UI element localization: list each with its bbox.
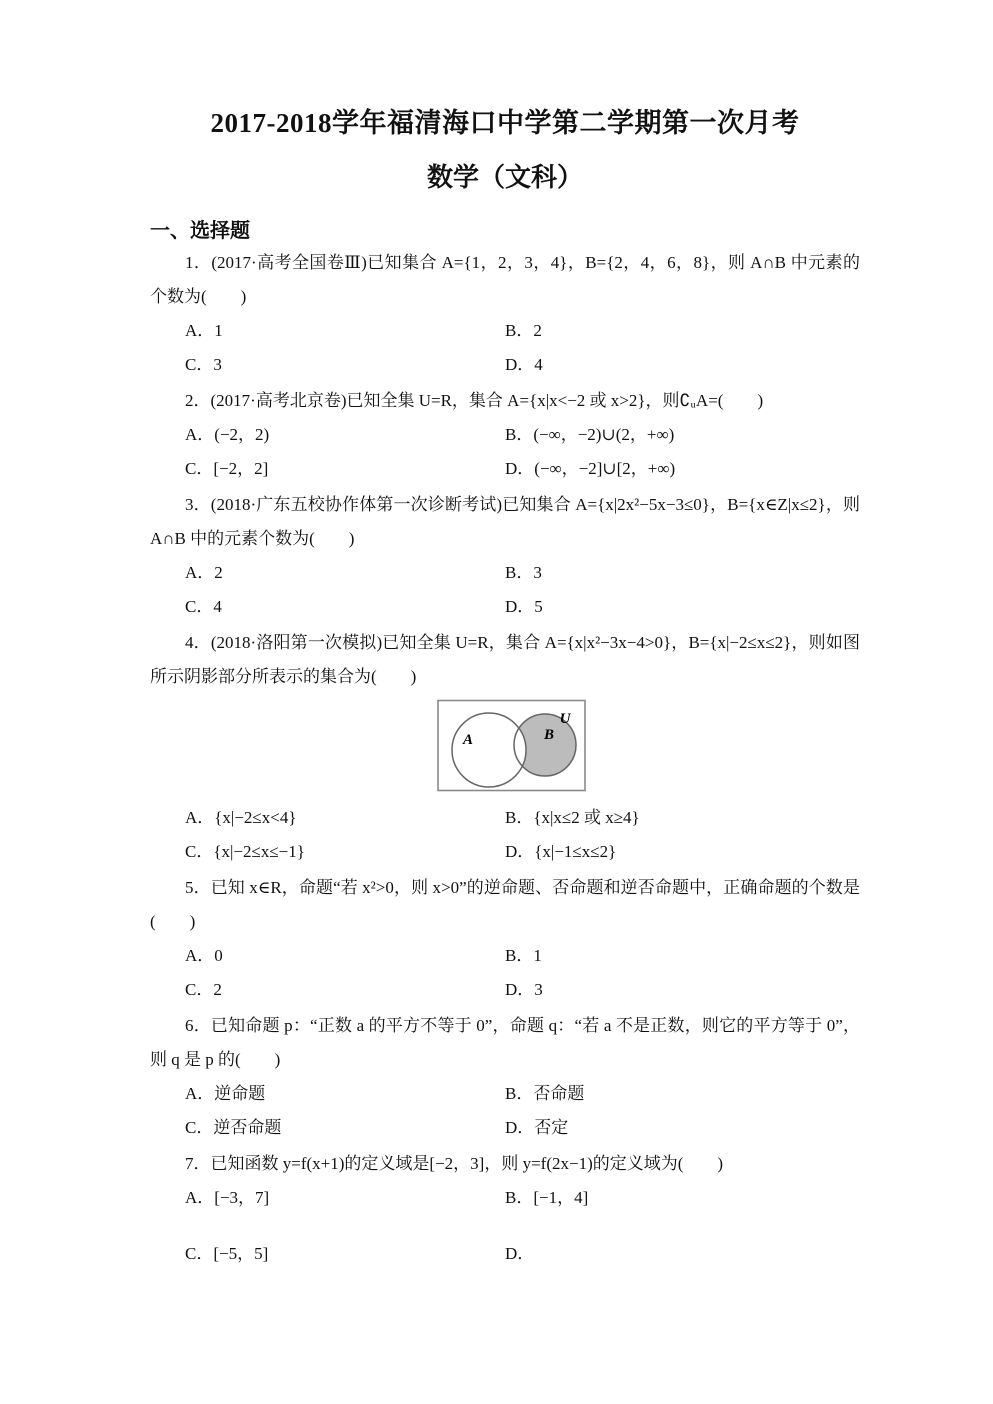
venn-label-universe-u: U: [560, 711, 572, 727]
venn-diagram: U A B: [437, 699, 587, 793]
question-7-option-b: B．[−1，4]: [505, 1181, 860, 1215]
question-7: 7．已知函数 y=f(x+1)的定义域是[−2，3]，则 y=f(2x−1)的定…: [150, 1147, 860, 1271]
question-6: 6．已知命题 p：“正数 a 的平方不等于 0”，命题 q：“若 a 不是正数，…: [150, 1009, 860, 1145]
question-2-options: A．(−2，2) B．(−∞，−2)∪(2，+∞) C．[−2，2] D．(−∞…: [150, 418, 860, 486]
question-4-option-c: C．{x|−2≤x≤−1}: [185, 835, 505, 869]
question-3-stem: 3．(2018·广东五校协作体第一次诊断考试)已知集合 A={x|2x²−5x−…: [150, 488, 860, 556]
question-5-option-c: C．2: [185, 973, 505, 1007]
question-1-option-b: B．2: [505, 314, 860, 348]
question-4: 4．(2018·洛阳第一次模拟)已知全集 U=R，集合 A={x|x²−3x−4…: [150, 626, 860, 869]
question-3-option-b: B．3: [505, 556, 860, 590]
question-1-options: A．1 B．2 C．3 D．4: [150, 314, 860, 382]
question-6-options: A．逆命题 B．否命题 C．逆否命题 D．否定: [150, 1077, 860, 1145]
question-2-option-c: C．[−2，2]: [185, 452, 505, 486]
question-1: 1．(2017·高考全国卷Ⅲ)已知集合 A={1，2，3，4}，B={2，4，6…: [150, 246, 860, 382]
question-6-stem: 6．已知命题 p：“正数 a 的平方不等于 0”，命题 q：“若 a 不是正数，…: [150, 1009, 860, 1077]
question-4-option-d: D．{x|−1≤x≤2}: [505, 835, 860, 869]
question-7-options: A．[−3，7] B．[−1，4] C．[−5，5] D．: [150, 1181, 860, 1271]
question-5-stem: 5．已知 x∈R，命题“若 x²>0，则 x>0”的逆命题、否命题和逆否命题中，…: [150, 871, 860, 939]
document-title: 2017-2018学年福清海口中学第二学期第一次月考: [150, 106, 860, 140]
question-1-option-c: C．3: [185, 348, 505, 382]
question-7-stem: 7．已知函数 y=f(x+1)的定义域是[−2，3]，则 y=f(2x−1)的定…: [150, 1147, 860, 1181]
question-2-stem: 2．(2017·高考北京卷)已知全集 U=R，集合 A={x|x<−2 或 x>…: [150, 384, 860, 418]
question-7-option-d: D．: [505, 1237, 860, 1271]
question-3-option-a: A．2: [185, 556, 505, 590]
question-3-options: A．2 B．3 C．4 D．5: [150, 556, 860, 624]
question-6-option-c: C．逆否命题: [185, 1111, 505, 1145]
venn-diagram-svg: U A B: [437, 699, 587, 793]
question-6-option-d: D．否定: [505, 1111, 860, 1145]
venn-label-set-a: A: [462, 732, 473, 748]
question-5-option-a: A．0: [185, 939, 505, 973]
question-2: 2．(2017·高考北京卷)已知全集 U=R，集合 A={x|x<−2 或 x>…: [150, 384, 860, 486]
venn-label-set-b: B: [543, 727, 554, 743]
question-4-options: A．{x|−2≤x<4} B．{x|x≤2 或 x≥4} C．{x|−2≤x≤−…: [150, 801, 860, 869]
question-3-option-d: D．5: [505, 590, 860, 624]
question-7-option-a: A．[−3，7]: [185, 1181, 505, 1215]
question-2-option-a: A．(−2，2): [185, 418, 505, 452]
exam-paper: 2017-2018学年福清海口中学第二学期第一次月考 数学（文科） 一、选择题 …: [0, 0, 993, 1404]
question-2-option-d: D．(−∞，−2]∪[2，+∞): [505, 452, 860, 486]
question-5-option-d: D．3: [505, 973, 860, 1007]
question-3-option-c: C．4: [185, 590, 505, 624]
question-7-option-c: C．[−5，5]: [185, 1237, 505, 1271]
question-1-option-a: A．1: [185, 314, 505, 348]
question-4-stem: 4．(2018·洛阳第一次模拟)已知全集 U=R，集合 A={x|x²−3x−4…: [150, 626, 860, 694]
question-5-option-b: B．1: [505, 939, 860, 973]
question-1-option-d: D．4: [505, 348, 860, 382]
section-heading-choice-questions: 一、选择题: [150, 218, 860, 244]
question-5-options: A．0 B．1 C．2 D．3: [150, 939, 860, 1007]
question-4-option-a: A．{x|−2≤x<4}: [185, 801, 505, 835]
question-6-option-b: B．否命题: [505, 1077, 860, 1111]
question-5: 5．已知 x∈R，命题“若 x²>0，则 x>0”的逆命题、否命题和逆否命题中，…: [150, 871, 860, 1007]
question-3: 3．(2018·广东五校协作体第一次诊断考试)已知集合 A={x|2x²−5x−…: [150, 488, 860, 624]
question-1-stem: 1．(2017·高考全国卷Ⅲ)已知集合 A={1，2，3，4}，B={2，4，6…: [150, 246, 860, 314]
question-6-option-a: A．逆命题: [185, 1077, 505, 1111]
document-subtitle: 数学（文科）: [150, 162, 860, 194]
question-4-option-b: B．{x|x≤2 或 x≥4}: [505, 801, 860, 835]
question-2-option-b: B．(−∞，−2)∪(2，+∞): [505, 418, 860, 452]
